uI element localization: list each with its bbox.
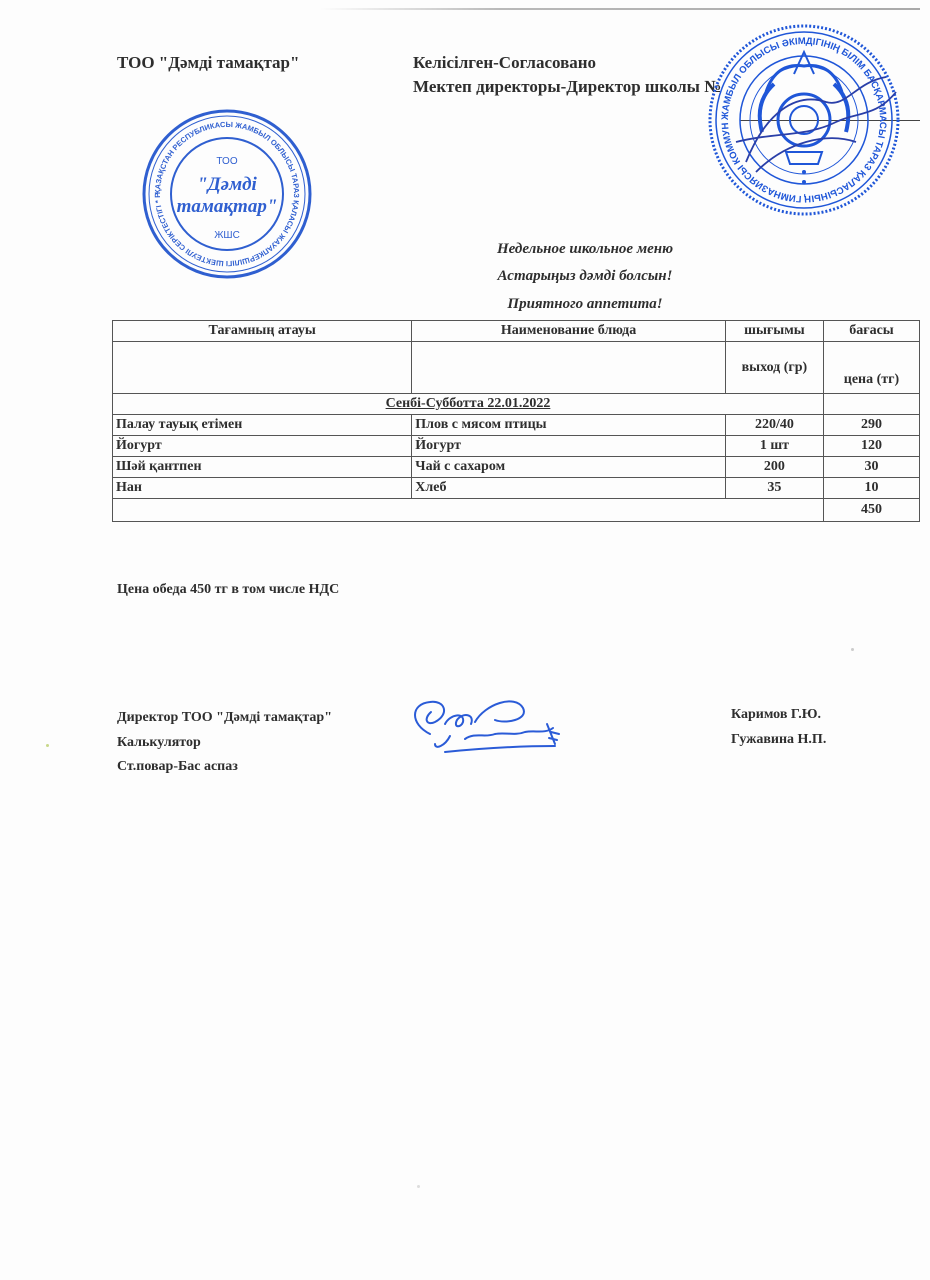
dish-price: 30 <box>823 457 919 478</box>
signature-role-chef: Ст.повар-Бас аспаз <box>117 759 238 775</box>
signatory-name-director: Каримов Г.Ю. <box>731 707 821 723</box>
handwritten-signature-icon <box>405 694 565 764</box>
header-name-kz: Тағамның атауы <box>113 321 412 342</box>
header-yield-kz: шығымы <box>725 321 823 342</box>
table-row: Нан Хлеб 35 10 <box>113 478 920 499</box>
dish-price: 10 <box>823 478 919 499</box>
header-name-ru: Наименование блюда <box>412 321 726 342</box>
menu-table: Тағамның атауы Наименование блюда шығымы… <box>112 320 920 522</box>
scan-speck <box>851 648 854 651</box>
company-stamp-icon: ҚАЗАҚСТАН РЕСПУБЛИКАСЫ ЖАМБЫЛ ОБЛЫСЫ ТАР… <box>141 108 313 280</box>
company-stamp-center-top: ТОО <box>216 156 237 167</box>
dish-name-kz: Шәй қантпен <box>113 457 412 478</box>
dish-yield: 35 <box>725 478 823 499</box>
organization-name: ТОО "Дәмді тамақтар" <box>117 53 299 73</box>
dish-name-ru: Плов с мясом птицы <box>412 415 726 436</box>
table-subheader-row: выход (гр) цена (тг) <box>113 342 920 394</box>
table-row: Йогурт Йогурт 1 шт 120 <box>113 436 920 457</box>
dish-price: 120 <box>823 436 919 457</box>
signature-role-director: Директор ТОО "Дәмді тамақтар" <box>117 710 332 726</box>
dish-name-kz: Палау тауық етімен <box>113 415 412 436</box>
menu-greeting-kz: Астарыңыз дәмді болсын! <box>400 268 770 285</box>
day-label: Сенбі-Субботта 22.01.2022 <box>386 396 551 411</box>
dish-name-ru: Чай с сахаром <box>412 457 726 478</box>
dish-yield: 1 шт <box>725 436 823 457</box>
menu-title: Недельное школьное меню <box>400 241 770 258</box>
dish-name-ru: Хлеб <box>412 478 726 499</box>
company-stamp-name-line1: "Дәмді <box>197 174 257 195</box>
svg-text:ЖАМБЫЛ ОБЛЫСЫ ӘКІМДІГІНІҢ БІЛІ: ЖАМБЫЛ ОБЛЫСЫ ӘКІМДІГІНІҢ БІЛІМ БАСҚАРМА… <box>706 22 888 204</box>
approval-label: Келісілген-Согласовано <box>413 53 596 73</box>
company-stamp-name-line2: тамақтар" <box>177 196 278 217</box>
total-price: 450 <box>823 499 919 522</box>
scan-speck <box>417 1185 420 1188</box>
signatory-name-calculator: Гужавина Н.П. <box>731 732 826 748</box>
dish-price: 290 <box>823 415 919 436</box>
approval-role: Мектеп директоры-Директор школы № <box>413 77 721 97</box>
header-price-kz: бағасы <box>823 321 919 342</box>
table-header-row: Тағамның атауы Наименование блюда шығымы… <box>113 321 920 342</box>
company-stamp-center-bottom: ЖШС <box>214 230 240 241</box>
school-stamp-ring-text: ЖАМБЫЛ ОБЛЫСЫ ӘКІМДІГІНІҢ БІЛІМ БАСҚАРМА… <box>706 22 888 204</box>
scan-speck <box>46 744 49 747</box>
table-row: Палау тауық етімен Плов с мясом птицы 22… <box>113 415 920 436</box>
header-yield-ru: выход (гр) <box>725 342 823 394</box>
price-note: Цена обеда 450 тг в том числе НДС <box>117 582 339 598</box>
signature-role-calculator: Калькулятор <box>117 735 201 751</box>
header-price-ru: цена (тг) <box>823 342 919 394</box>
dish-name-kz: Йогурт <box>113 436 412 457</box>
dish-name-kz: Нан <box>113 478 412 499</box>
dish-name-ru: Йогурт <box>412 436 726 457</box>
day-row: Сенбі-Субботта 22.01.2022 <box>113 394 920 415</box>
school-stamp-icon: ЖАМБЫЛ ОБЛЫСЫ ӘКІМДІГІНІҢ БІЛІМ БАСҚАРМА… <box>706 22 902 218</box>
dish-yield: 220/40 <box>725 415 823 436</box>
table-row: Шәй қантпен Чай с сахаром 200 30 <box>113 457 920 478</box>
dish-yield: 200 <box>725 457 823 478</box>
scan-edge-line <box>320 8 920 10</box>
total-row: 450 <box>113 499 920 522</box>
menu-greeting-ru: Приятного аппетита! <box>400 296 770 313</box>
